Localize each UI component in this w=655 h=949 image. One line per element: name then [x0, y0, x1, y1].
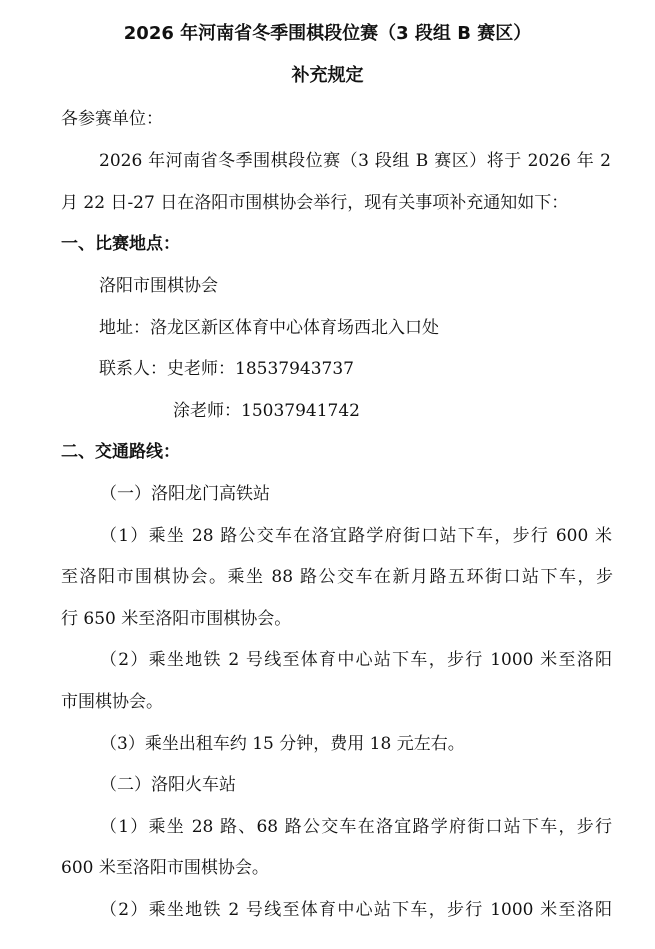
longmen-route-1-line-3: 行 650 米至洛阳市围棋协会。 [61, 608, 291, 630]
station-label-luoyang: （二）洛阳火车站 [100, 774, 236, 796]
contact-person-2: 涂老师：15037941742 [173, 400, 360, 422]
longmen-route-2-line-2: 市围棋协会。 [61, 691, 163, 713]
intro-line-2: 月 22 日-27 日在洛阳市围棋协会举行，现有关事项补充通知如下： [61, 192, 568, 214]
luoyang-route-1-line-2: 600 米至洛阳市围棋协会。 [61, 857, 269, 879]
document-title: 2026 年河南省冬季围棋段位赛（3 段组 B 赛区） [0, 22, 655, 46]
venue-address: 地址：洛龙区新区体育中心体育场西北入口处 [99, 317, 439, 339]
salutation: 各参赛单位： [61, 108, 163, 130]
longmen-route-3: （3）乘坐出租车约 15 分钟，费用 18 元左右。 [100, 733, 465, 755]
document-subtitle: 补充规定 [0, 64, 655, 88]
luoyang-route-1-line-1: （1）乘坐 28 路、68 路公交车在洛宜路学府街口站下车，步行 [100, 816, 612, 838]
longmen-route-2-line-1: （2）乘坐地铁 2 号线至体育中心站下车，步行 1000 米至洛阳 [100, 649, 612, 671]
intro-line-1: 2026 年河南省冬季围棋段位赛（3 段组 B 赛区）将于 2026 年 2 [99, 150, 611, 172]
section-heading-transport: 二、交通路线： [61, 441, 180, 463]
venue-name: 洛阳市围棋协会 [99, 275, 218, 297]
section-heading-venue: 一、比赛地点： [61, 233, 180, 255]
station-label-longmen: （一）洛阳龙门高铁站 [100, 483, 270, 505]
longmen-route-1-line-2: 至洛阳市围棋协会。乘坐 88 路公交车在新月路五环街口站下车，步 [61, 566, 613, 588]
longmen-route-1-line-1: （1）乘坐 28 路公交车在洛宜路学府街口站下车，步行 600 米 [100, 525, 612, 547]
contact-person-1: 联系人：史老师：18537943737 [99, 358, 354, 380]
luoyang-route-2-line-1: （2）乘坐地铁 2 号线至体育中心站下车，步行 1000 米至洛阳 [100, 899, 612, 921]
